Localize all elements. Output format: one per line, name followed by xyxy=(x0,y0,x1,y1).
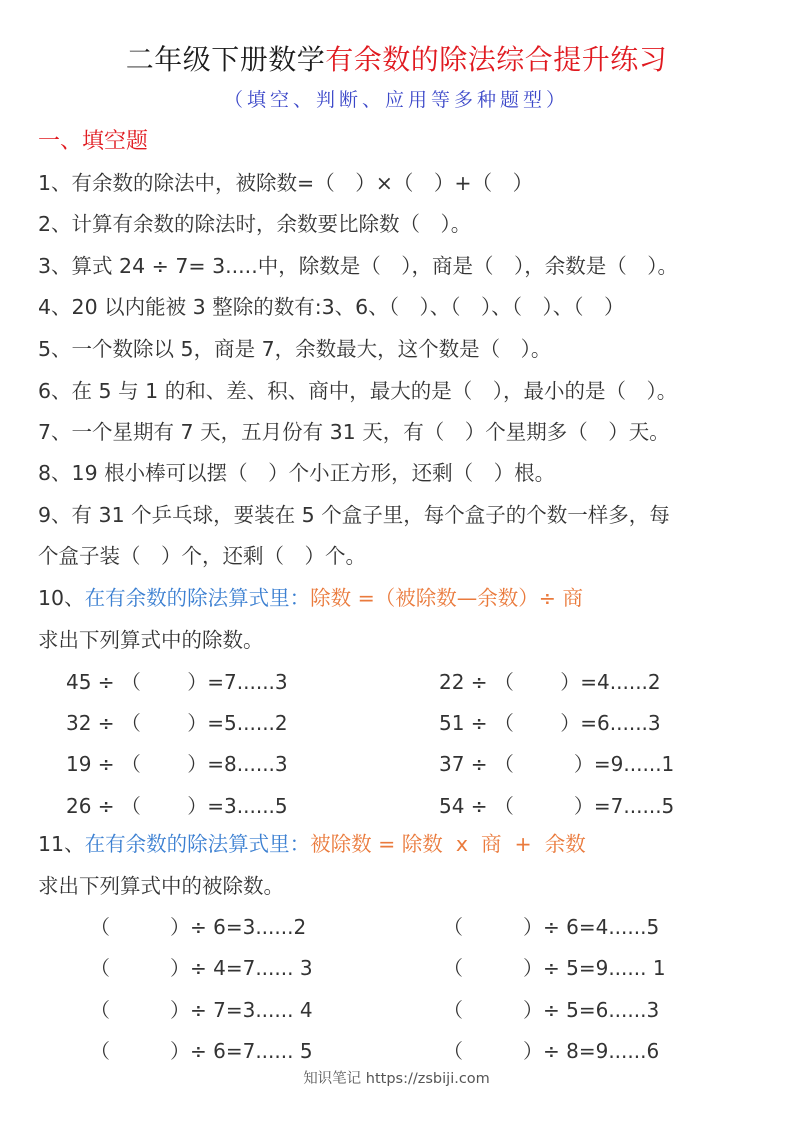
q11-equation-right-2: （ ）÷ 5=9...... 1 xyxy=(443,953,666,983)
q10-equation-left-1: 45 ÷ （ ）=7......3 xyxy=(66,667,288,697)
footer-watermark: 知识笔记 https://zsbiji.com xyxy=(0,1068,793,1090)
question-7: 7、一个星期有 7 天，五月份有 31 天，有（ ）个星期多（ ）天。 xyxy=(38,417,670,447)
question-5: 5、一个数除以 5，商是 7，余数最大，这个数是（ ）。 xyxy=(38,334,551,364)
question-2: 2、计算有余数的除法时，余数要比除数（ ）。 xyxy=(38,209,471,239)
q10-equation-right-3: 37 ÷ （ ）=9......1 xyxy=(439,749,674,779)
q11-equation-left-4: （ ）÷ 6=7...... 5 xyxy=(90,1036,313,1066)
page-subtitle: （填空、判断、应用等多种题型） xyxy=(0,86,793,114)
q11-equation-right-1: （ ）÷ 6=4......5 xyxy=(443,912,659,942)
question-6: 6、在 5 与 1 的和、差、积、商中，最大的是（ ），最小的是（ ）。 xyxy=(38,376,677,406)
question-9-line1: 9、有 31 个乒乓球，要装在 5 个盒子里，每个盒子的个数一样多，每 xyxy=(38,500,670,530)
question-3: 3、算式 24 ÷ 7= 3.....中，除数是（ ），商是（ ），余数是（ ）… xyxy=(38,251,678,281)
question-1: 1、有余数的除法中，被除数=（ ）×（ ）+（ ） xyxy=(38,168,533,198)
title-topic: 有余数的除法综合提升练习 xyxy=(325,43,667,76)
question-8: 8、19 根小棒可以摆（ ）个小正方形，还剩（ ）根。 xyxy=(38,458,555,488)
question-10-formula: 除数 =（被除数—余数）÷ 商 xyxy=(310,586,583,610)
section-heading-fill-blank: 一、填空题 xyxy=(38,126,148,158)
q11-equation-right-4: （ ）÷ 8=9......6 xyxy=(443,1036,659,1066)
question-11-instruction: 求出下列算式中的被除数。 xyxy=(38,871,284,901)
q10-equation-left-3: 19 ÷ （ ）=8......3 xyxy=(66,749,288,779)
question-10-instruction: 求出下列算式中的除数。 xyxy=(38,625,264,655)
q11-equation-left-1: （ ）÷ 6=3......2 xyxy=(90,912,306,942)
q10-equation-right-4: 54 ÷ （ ）=7......5 xyxy=(439,791,674,821)
question-11-rule-label: 在有余数的除法算式里： xyxy=(85,832,311,856)
question-11-rule: 11、在有余数的除法算式里：被除数 = 除数 x 商 + 余数 xyxy=(38,829,586,859)
q10-equation-right-2: 51 ÷ （ ）=6......3 xyxy=(439,708,661,738)
question-4: 4、20 以内能被 3 整除的数有:3、6、（ ）、（ ）、（ ）、（ ） xyxy=(38,292,624,322)
q10-equation-left-2: 32 ÷ （ ）=5......2 xyxy=(66,708,288,738)
question-11-formula: 被除数 = 除数 x 商 + 余数 xyxy=(310,832,586,856)
q10-equation-right-1: 22 ÷ （ ）=4......2 xyxy=(439,667,661,697)
title-grade: 二年级下册数学 xyxy=(126,43,326,76)
q10-equation-left-4: 26 ÷ （ ）=3......5 xyxy=(66,791,288,821)
question-10-rule: 10、在有余数的除法算式里：除数 =（被除数—余数）÷ 商 xyxy=(38,583,583,613)
q11-equation-right-3: （ ）÷ 5=6......3 xyxy=(443,995,659,1025)
question-10-number: 10、 xyxy=(38,586,85,610)
q11-equation-left-2: （ ）÷ 4=7...... 3 xyxy=(90,953,313,983)
q11-equation-left-3: （ ）÷ 7=3...... 4 xyxy=(90,995,313,1025)
question-9-line2: 个盒子装（ ）个，还剩（ ）个。 xyxy=(38,541,366,571)
question-10-rule-label: 在有余数的除法算式里： xyxy=(85,586,311,610)
question-11-number: 11、 xyxy=(38,832,85,856)
page-title: 二年级下册数学有余数的除法综合提升练习 xyxy=(0,40,793,80)
